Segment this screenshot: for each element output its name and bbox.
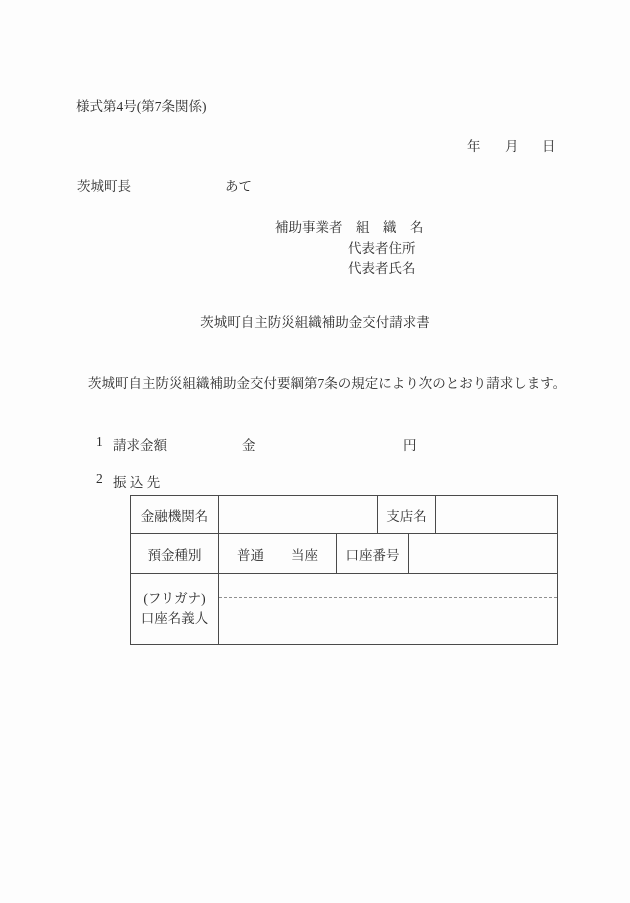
applicant-name-line: 代表者氏名 bbox=[348, 257, 416, 277]
branch-name-cell bbox=[436, 496, 557, 533]
account-number-cell bbox=[409, 534, 557, 573]
form-code: 様式第4号(第7条関係) bbox=[76, 95, 207, 115]
branch-name-label: 支店名 bbox=[378, 496, 436, 533]
table-row-account: 預金種別 普通 当座 口座番号 bbox=[131, 534, 557, 574]
table-row-bank: 金融機関名 支店名 bbox=[131, 496, 557, 534]
deposit-type-label: 預金種別 bbox=[131, 534, 219, 573]
item-2-number: 2 bbox=[96, 471, 103, 487]
holder-name-cell bbox=[219, 598, 557, 644]
amount-suffix: 円 bbox=[403, 434, 417, 454]
item-1-number: 1 bbox=[96, 434, 103, 450]
applicant-address-line: 代表者住所 bbox=[348, 237, 416, 257]
date-month-label: 月 bbox=[505, 135, 519, 155]
furigana-cell bbox=[219, 574, 557, 598]
holder-cells bbox=[219, 574, 557, 644]
body-text: 茨城町自主防災組織補助金交付要綱第7条の規定により次のとおり請求します。 bbox=[88, 372, 566, 392]
amount-prefix: 金 bbox=[242, 434, 256, 454]
document-page: 様式第4号(第7条関係) 年 月 日 茨城町長 あて 補助事業者 組 織 名 代… bbox=[0, 0, 630, 903]
account-number-label: 口座番号 bbox=[337, 534, 409, 573]
holder-label: (フリガナ) 口座名義人 bbox=[131, 574, 219, 644]
bank-name-label: 金融機関名 bbox=[131, 496, 219, 533]
bank-name-cell bbox=[219, 496, 378, 533]
transfer-table: 金融機関名 支店名 預金種別 普通 当座 口座番号 (フリガナ) 口座名義人 bbox=[130, 495, 558, 645]
date-year-label: 年 bbox=[467, 135, 481, 155]
date-day-label: 日 bbox=[542, 135, 556, 155]
item-2-label: 振 込 先 bbox=[113, 471, 160, 491]
addressee-suffix: あて bbox=[225, 175, 252, 195]
document-title: 茨城町自主防災組織補助金交付請求書 bbox=[0, 311, 630, 331]
deposit-type-options: 普通 当座 bbox=[219, 534, 337, 573]
table-row-holder: (フリガナ) 口座名義人 bbox=[131, 574, 557, 644]
holder-label-name: 口座名義人 bbox=[141, 609, 209, 629]
holder-label-furigana: (フリガナ) bbox=[143, 589, 205, 609]
addressee-name: 茨城町長 bbox=[77, 175, 131, 195]
applicant-org-line: 補助事業者 組 織 名 bbox=[275, 216, 424, 236]
item-1-label: 請求金額 bbox=[113, 434, 167, 454]
